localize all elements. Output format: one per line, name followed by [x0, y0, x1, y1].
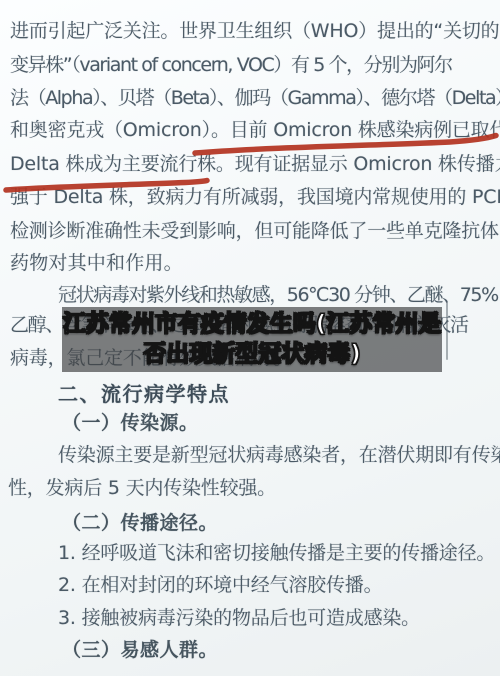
document-line: 性，发病后 5 天内传染性较强。: [8, 477, 276, 500]
document-line: 1. 经呼吸道飞沫和密切接触传播是主要的传播途径。: [58, 542, 495, 565]
document-line: 3. 接触被病毒污染的物品后也可造成感染。: [58, 607, 420, 630]
title-overlay-banner: 江苏常州市有疫情发生吗(江苏常州是 否出现新型冠状病毒): [62, 307, 442, 372]
overlay-title: 江苏常州市有疫情发生吗(江苏常州是 否出现新型冠状病毒): [62, 309, 442, 369]
document-line: 检测诊断准确性未受到影响，但可能降低了一些单克隆抗体: [10, 220, 499, 243]
document-line: 进而引起广泛关注。世界卫生组织（WHO）提出的“关切的: [10, 20, 499, 43]
section-heading: 二、流行病学特点: [58, 383, 230, 406]
overlay-title-line1: 江苏常州市有疫情发生吗(江苏常州是: [62, 309, 442, 339]
document-line: 和奥密克戎（Omicron）。目前 Omicron 株感染病例已取代: [10, 119, 500, 142]
document-line: 药物对其中和作用。: [10, 252, 183, 275]
document-line: 法（Alpha）、贝塔（Beta）、伽玛（Gamma）、德尔塔（Delta）: [10, 87, 500, 110]
sub-heading: （一）传染源。: [62, 412, 199, 435]
document-line: 变异株”（variant of concern, VOC）有 5 个，分别为阿尔: [10, 54, 452, 77]
scanned-document-page: 进而引起广泛关注。世界卫生组织（WHO）提出的“关切的 变异株”（variant…: [0, 0, 500, 676]
overlay-title-line2: 否出现新型冠状病毒): [62, 339, 442, 369]
sub-heading: （三）易感人群。: [62, 639, 218, 662]
document-line: 传染源主要是新型冠状病毒感染者，在潜伏期即有传染: [58, 444, 500, 467]
document-line: 强于 Delta 株，致病力有所减弱，我国境内常规使用的 PCR: [10, 186, 500, 209]
document-line: 2. 在相对封闭的环境中经气溶胶传播。: [58, 574, 382, 597]
scan-crease-mark: [446, 302, 448, 360]
document-line: 冠状病毒对紫外线和热敏感，56℃30 分钟、乙醚、75%: [58, 284, 498, 307]
sub-heading: （二）传播途径。: [62, 512, 218, 535]
document-line: Delta 株成为主要流行株。现有证据显示 Omicron 株传播力: [10, 153, 500, 176]
